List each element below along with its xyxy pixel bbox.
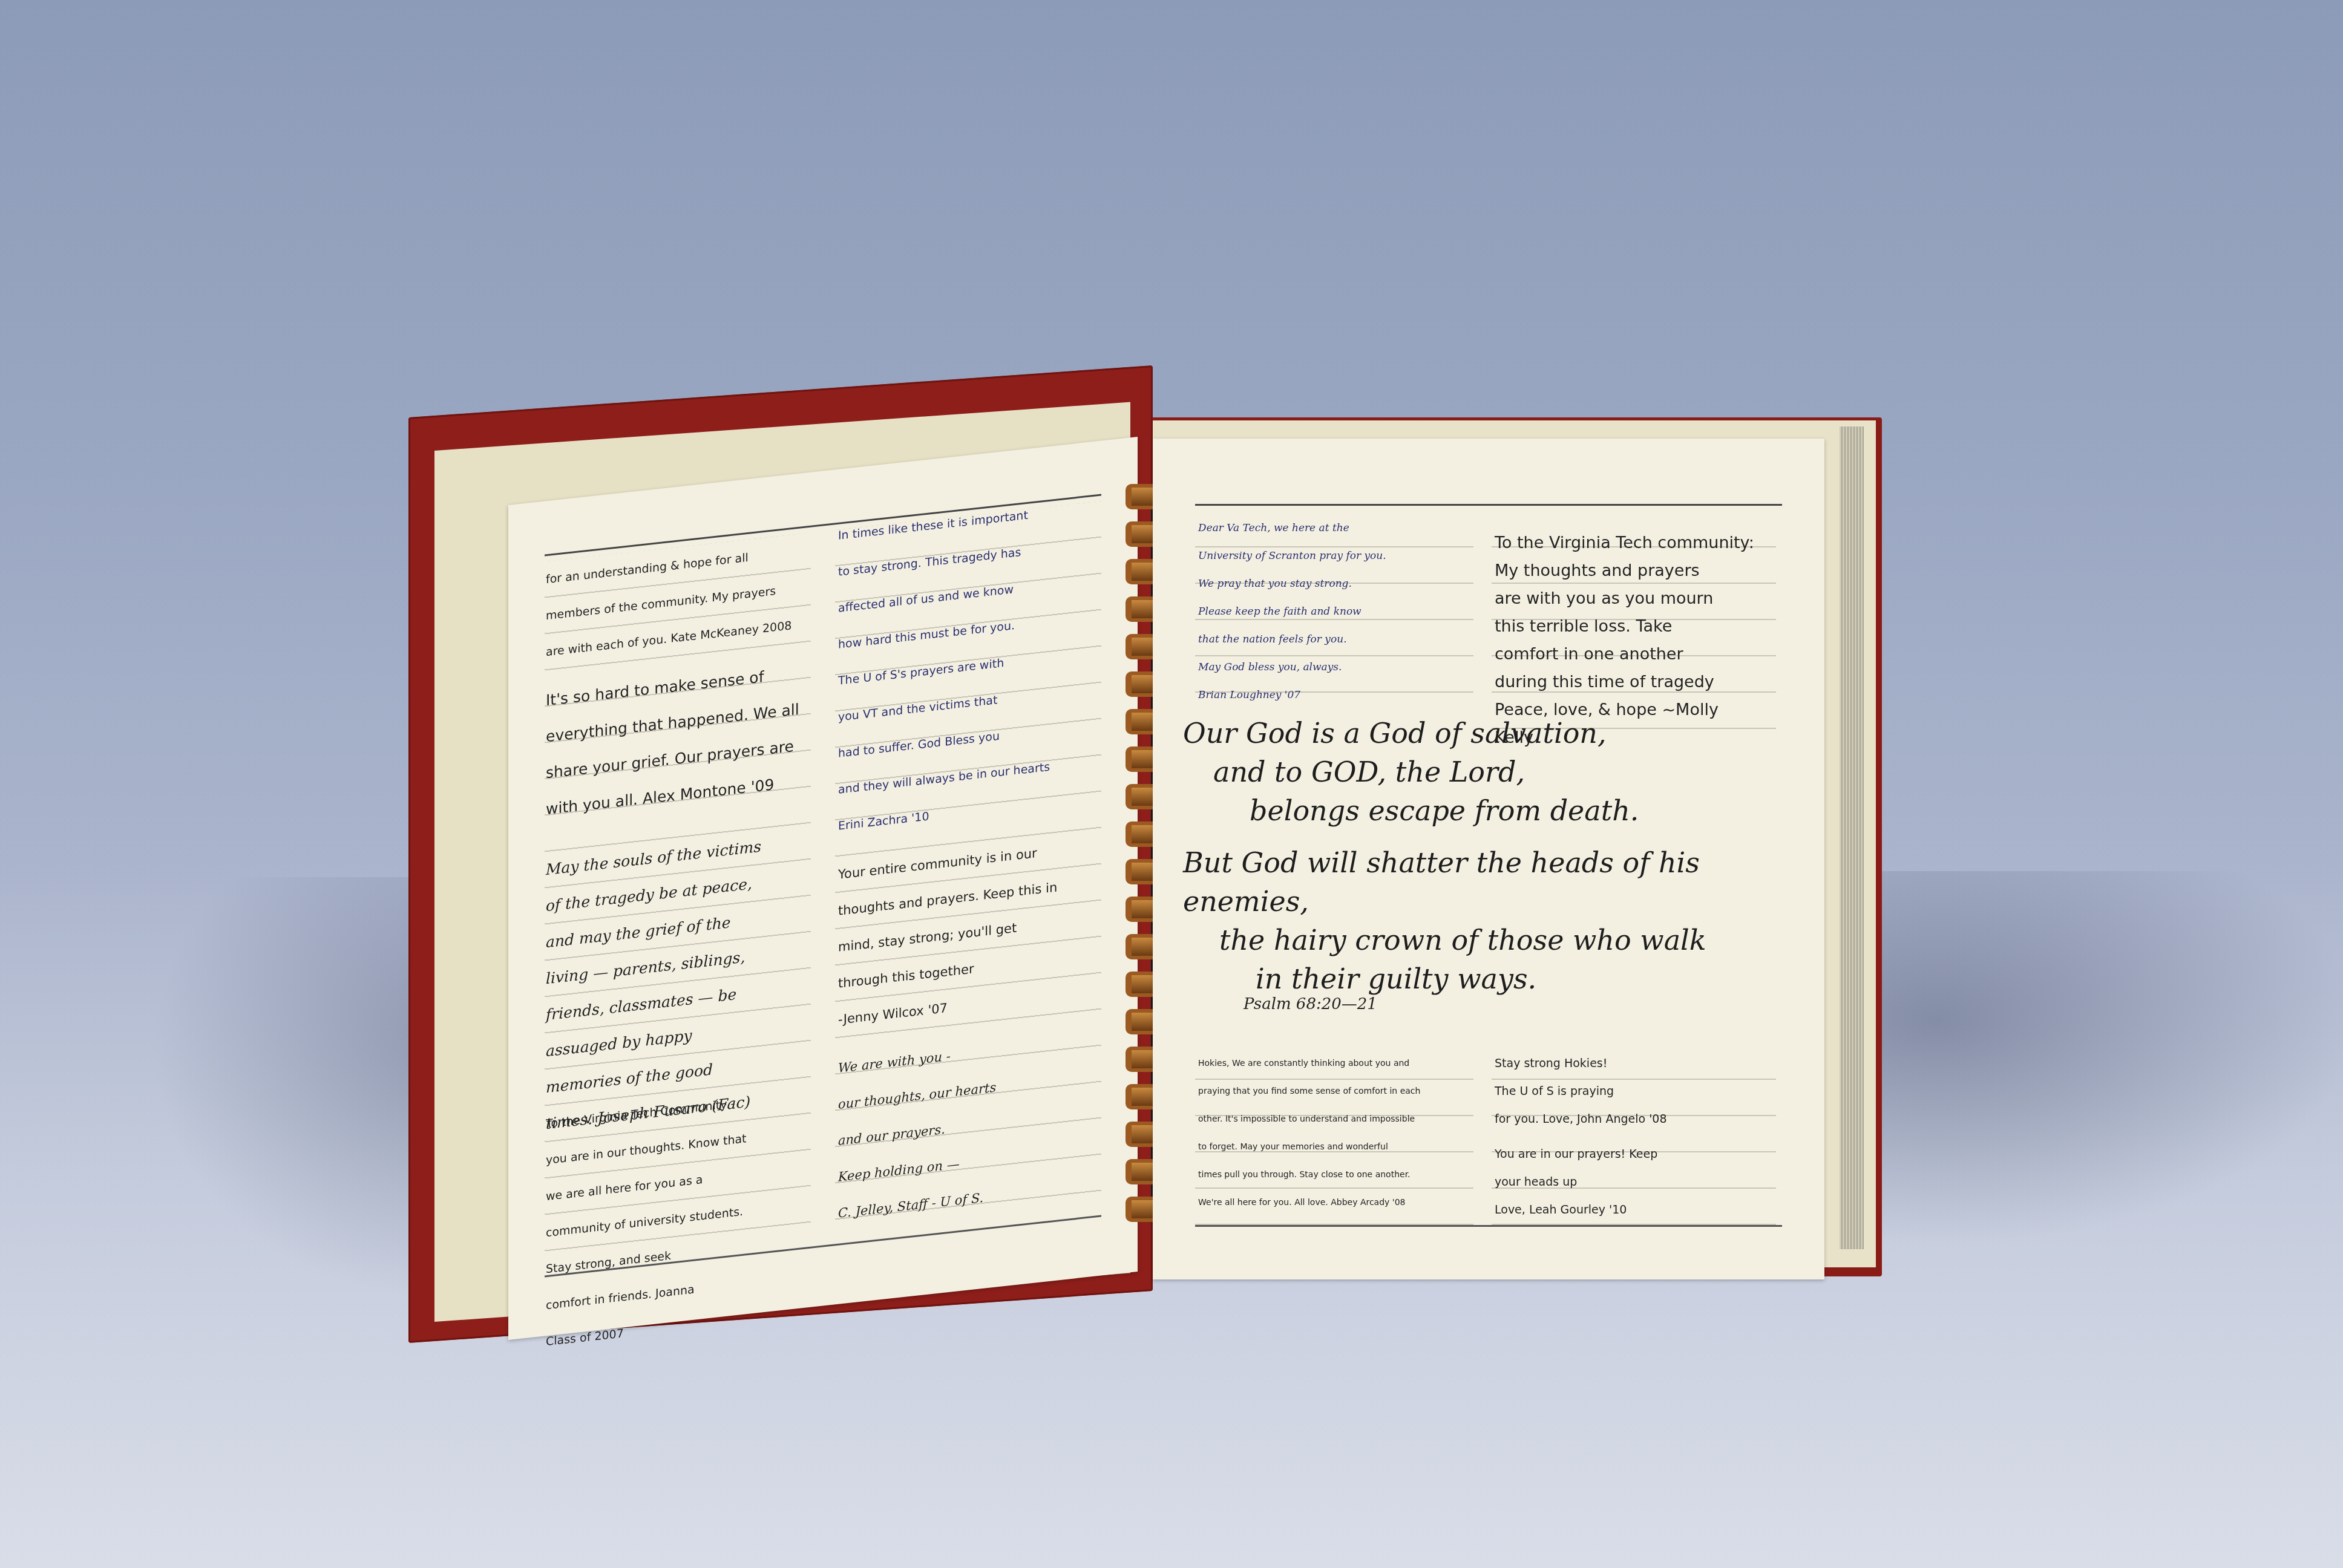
psalm-line-2: and to GOD, the Lord, [1183,753,1788,791]
message-brian-loughney: Dear Va Tech, we here at the University … [1198,514,1386,709]
page-top-rule [1195,504,1782,506]
message-erini-zachra: In times like these it is important to s… [838,495,1050,844]
left-page: for an understanding & hope for all memb… [508,437,1138,1340]
message-jenny-wilcox: Your entire community is in our thoughts… [838,832,1057,1037]
psalm-passage: Our God is a God of salvation, and to GO… [1183,714,1788,998]
page-bottom-rule [1195,1225,1782,1227]
message-c-jelley: We are with you - our thoughts, our hear… [838,1033,996,1231]
stanza-gap [1183,830,1788,843]
message-leah-gourley: You are in our prayers! Keep your heads … [1495,1140,1657,1224]
psalm-line-6: in their guilty ways. [1183,959,1788,998]
page-edge-stack [1840,426,1864,1249]
message-joanna: To the Virginia Tech Community - you are… [546,1084,747,1360]
psalm-line-4: But God will shatter the heads of his en… [1183,843,1788,921]
message-abbey-arcady: Hokies, We are constantly thinking about… [1198,1050,1420,1217]
message-alex-montone: It's so hard to make sense of everything… [546,655,799,828]
psalm-line-1: Our God is a God of salvation, [1183,714,1788,753]
message-john-angelo: Stay strong Hokies! The U of S is prayin… [1495,1050,1667,1133]
psalm-line-3: belongs escape from death. [1183,791,1788,830]
psalm-line-5: the hairy crown of those who walk [1183,921,1788,959]
psalm-citation: Psalm 68:20—21 [1244,995,1377,1013]
right-page: Dear Va Tech, we here at the University … [1153,439,1824,1279]
